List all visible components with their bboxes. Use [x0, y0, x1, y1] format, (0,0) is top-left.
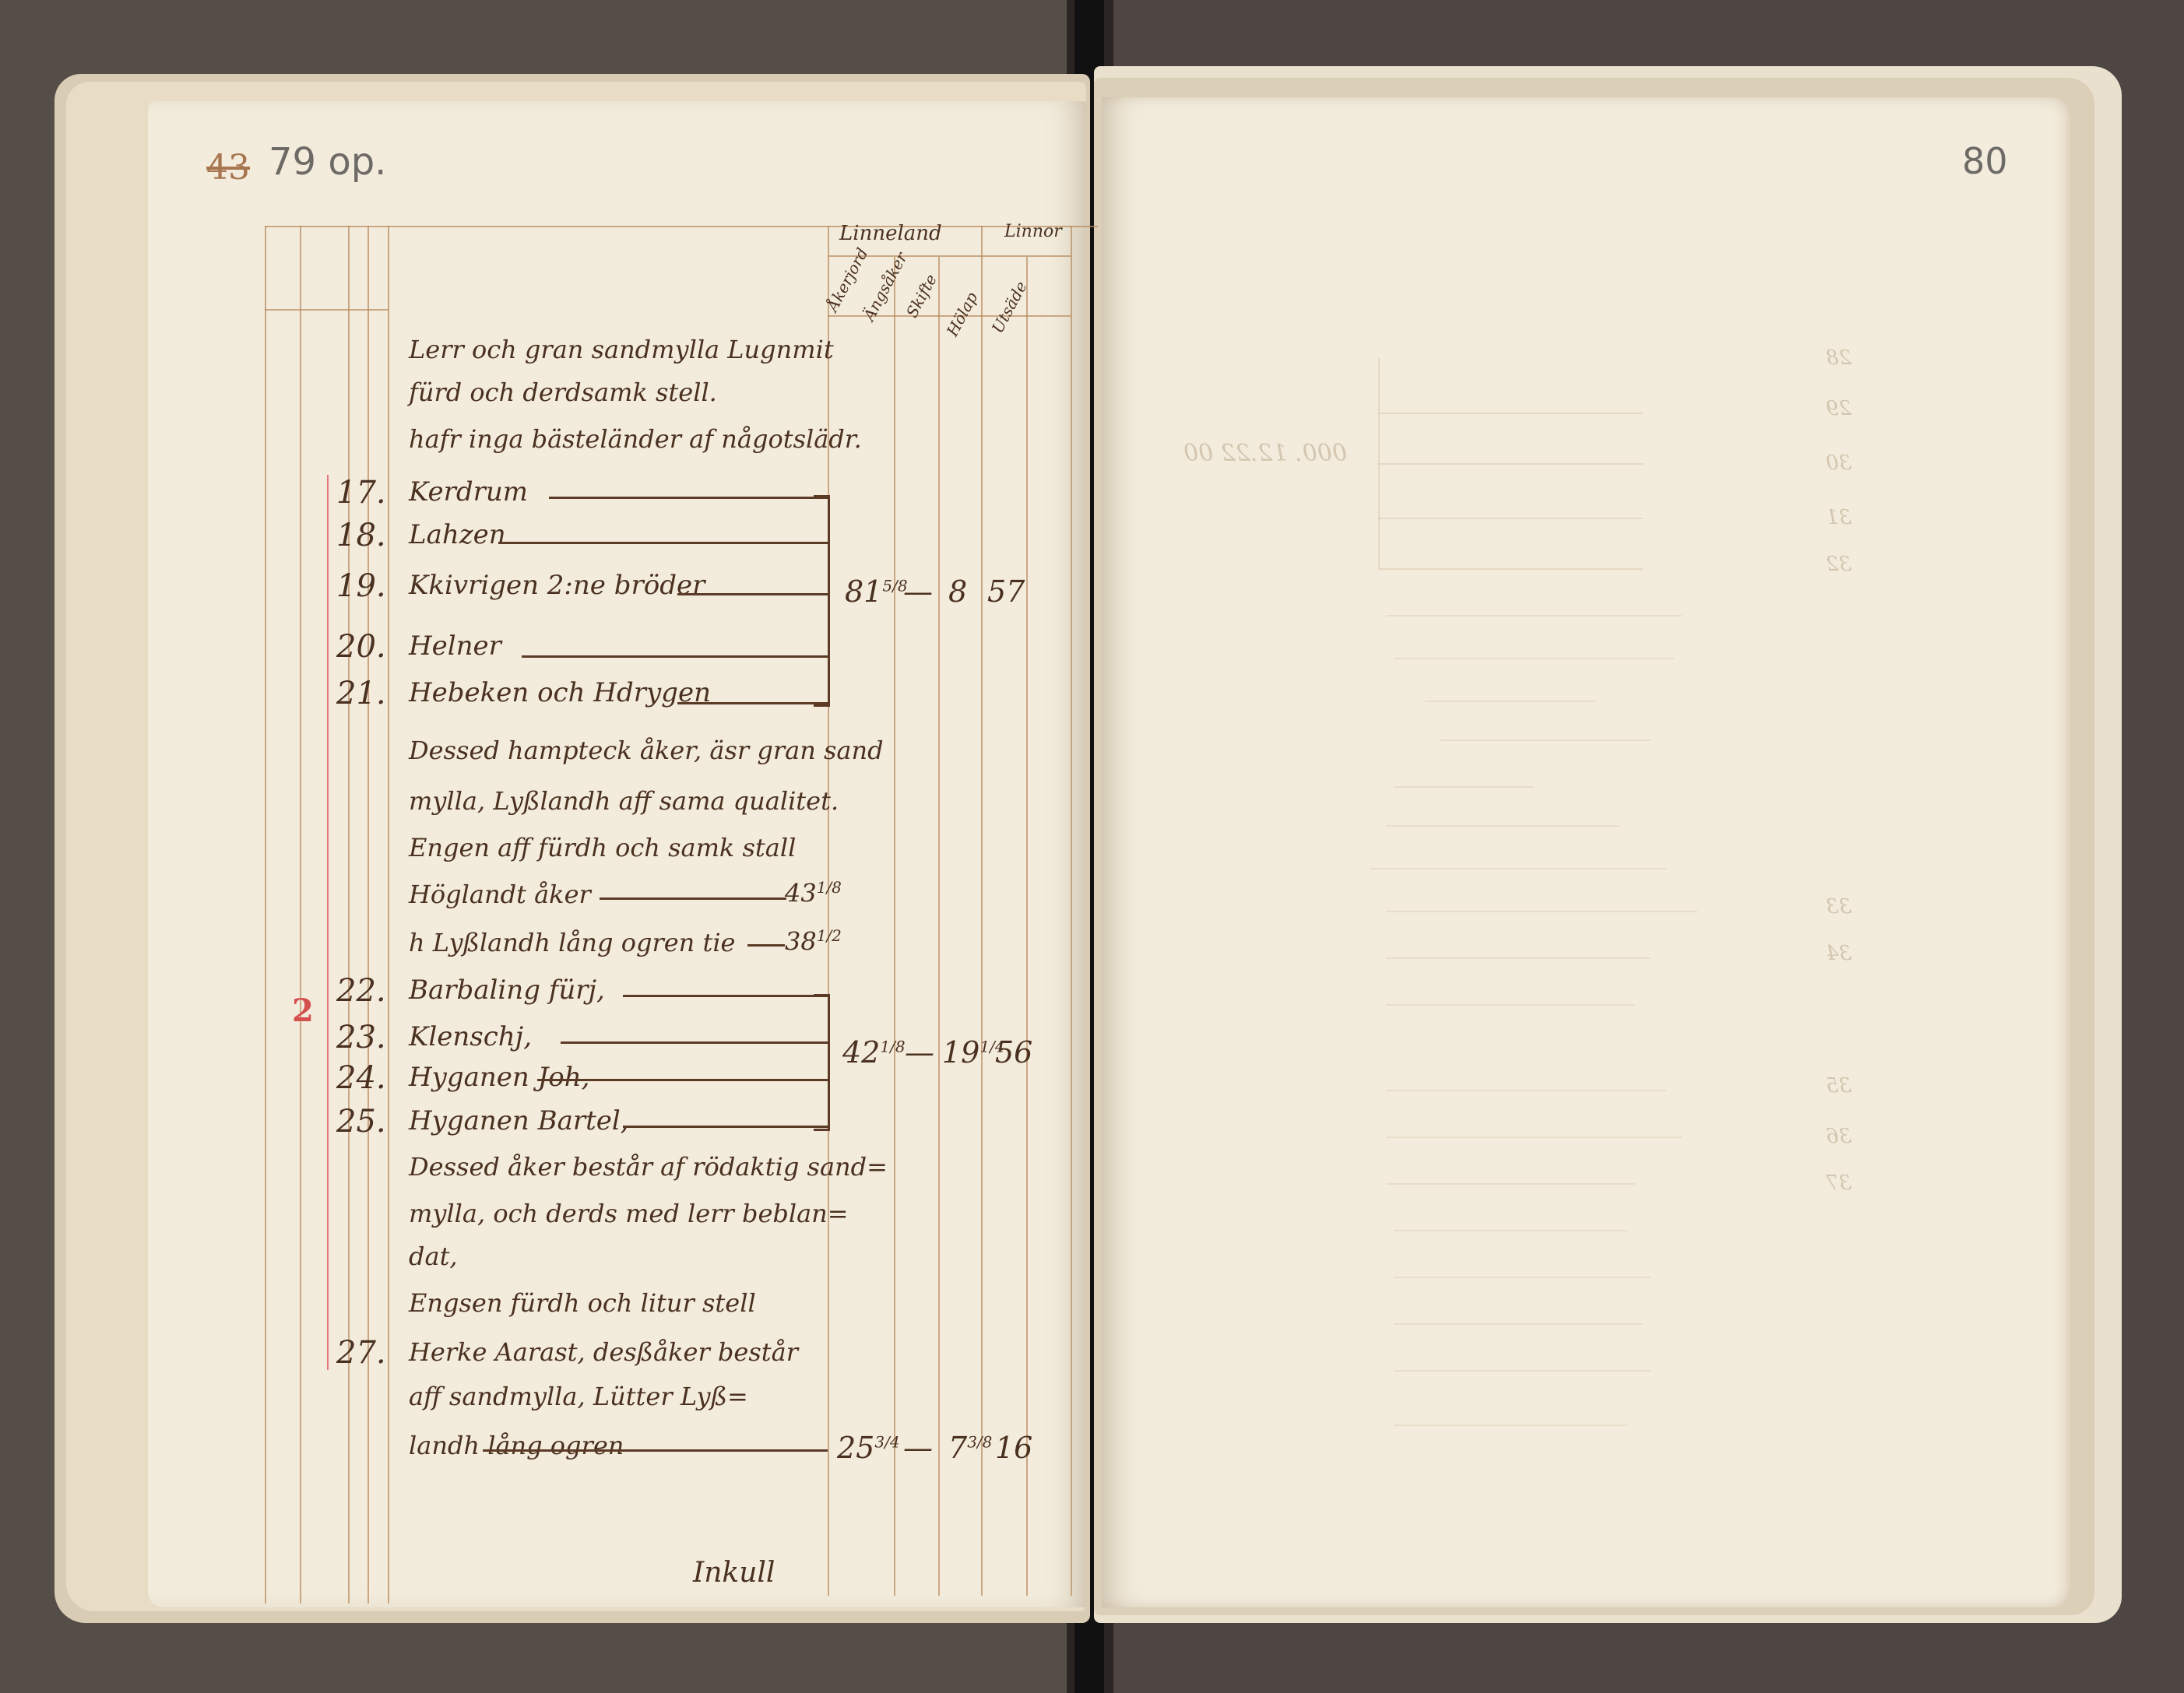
right-page	[1102, 97, 2071, 1607]
pencil-folio-number: 80	[1962, 140, 2008, 182]
leader-line	[677, 702, 828, 704]
bleed-through-script	[1370, 868, 1666, 869]
description-line: mylla, och derds med lerr beblan=	[409, 1199, 849, 1228]
description-line: Dessed åker består af rödaktig sand=	[409, 1152, 888, 1182]
bleed-through-script	[1394, 1323, 1643, 1325]
bleed-through-number: 35	[1826, 1074, 1852, 1098]
leader-line	[549, 497, 828, 499]
description-line: Engsen fürdh och litur stell	[409, 1288, 756, 1318]
ruling-line	[265, 226, 1098, 227]
subtotal-label: Höglandt åker	[409, 880, 591, 909]
subtotal-value: 431/8	[785, 878, 842, 908]
description-line: dat,	[409, 1242, 458, 1271]
bleed-through-number: 29	[1826, 397, 1852, 420]
bleed-through-script	[1386, 1136, 1682, 1138]
ruling-line	[368, 226, 369, 1603]
column-ruling	[894, 257, 895, 1596]
ruling-line	[388, 226, 389, 1603]
leader-line	[522, 655, 828, 658]
value-akerjord: 815/8	[845, 574, 908, 609]
bleed-through-script	[1386, 1183, 1635, 1185]
bleed-through-script	[1394, 1370, 1651, 1372]
value-skifte: 8	[948, 574, 967, 609]
bleed-through-number: 36	[1826, 1125, 1852, 1148]
bleed-through-script	[1386, 1004, 1635, 1006]
value-utsade: 57	[987, 574, 1025, 609]
entry-name: Helner	[409, 630, 501, 662]
entry-name: Hyganen Bartel,	[409, 1105, 629, 1136]
bleed-through-number: 33	[1826, 895, 1852, 919]
leader-line	[483, 1449, 828, 1452]
subtotal-label: h Lyßlandh lång ogren tie	[409, 928, 735, 957]
bleed-through-script	[1386, 825, 1620, 827]
bleed-through-number: 34	[1826, 942, 1852, 965]
bleed-through-script	[1394, 1230, 1627, 1231]
value-utsade: 16	[995, 1431, 1032, 1465]
bleed-through-text: 000. 12.22 00	[1183, 440, 1347, 467]
red-margin-line	[327, 475, 329, 1370]
bleed-through-script	[1394, 1277, 1651, 1278]
column-group-header: Linneland	[839, 222, 942, 245]
bleed-through-script	[1425, 701, 1596, 702]
entry-name: Lahzen	[409, 519, 506, 550]
ruling-line	[265, 226, 266, 1603]
entry-name: Hebeken och Hdrygen	[409, 677, 711, 708]
leader-line	[623, 995, 828, 997]
bleed-through-rule	[1378, 518, 1643, 519]
leader-line	[561, 1041, 828, 1044]
column-group-header: Linnor	[1004, 222, 1062, 241]
description-line: Herke Aarast, desßåker består	[409, 1337, 798, 1367]
entry-number: 19.	[336, 568, 375, 604]
entry-name: Kkivrigen 2:ne bröder	[409, 570, 705, 601]
bleed-through-script	[1386, 957, 1651, 959]
column-ruling	[1071, 226, 1072, 1596]
bleed-through-script	[1394, 786, 1534, 788]
description-line: Dessed hampteck åker, äsr gran sand	[409, 736, 884, 765]
bleed-through-rule	[1378, 463, 1643, 465]
bleed-through-number: 28	[1826, 346, 1852, 370]
entry-number: 20.	[336, 629, 375, 665]
value-dash: —	[903, 1431, 933, 1465]
description-line: landh lång ogren	[409, 1431, 624, 1460]
description-line: mylla, Lyßlandh aff sama qualitet.	[409, 786, 839, 816]
leader-line	[600, 897, 786, 900]
bleed-through-rule	[1378, 568, 1643, 570]
bleed-through-number: 31	[1826, 506, 1852, 529]
entry-number: 24.	[336, 1060, 375, 1096]
bleed-through-script	[1386, 911, 1697, 912]
entry-name: Klenschj,	[409, 1021, 532, 1052]
description-line: aff sandmylla, Lütter Lyß=	[409, 1382, 748, 1411]
column-ruling	[1026, 257, 1028, 1596]
value-akerjord: 421/8	[842, 1035, 906, 1070]
entry-name: Barbaling fürj,	[409, 975, 605, 1006]
group-bracket	[814, 495, 830, 707]
bleed-through-script	[1394, 1424, 1627, 1426]
subtotal-value: 381/2	[785, 926, 842, 957]
group-bracket	[814, 994, 830, 1131]
column-ruling	[981, 226, 983, 1596]
bleed-through-rule	[1378, 413, 1643, 414]
entry-name: Kerdrum	[409, 476, 528, 508]
entry-number: 25.	[336, 1104, 375, 1140]
bleed-through-script	[1440, 739, 1651, 741]
entry-number: 18.	[336, 518, 375, 553]
red-margin-mark: 2	[292, 992, 314, 1029]
ruling-line	[348, 226, 350, 1603]
bleed-through-number: 32	[1826, 553, 1852, 576]
value-utsade: 56	[995, 1035, 1032, 1070]
description-line: hafr inga bästeländer af någotslädr.	[409, 424, 862, 454]
bleed-through-script	[1386, 1090, 1666, 1091]
bleed-through-script	[1394, 658, 1674, 659]
entry-number: 23.	[336, 1020, 375, 1055]
value-dash: —	[903, 574, 933, 609]
description-line: Engen aff fürdh och samk stall	[409, 833, 796, 862]
value-skifte: 73/8	[948, 1431, 992, 1465]
description-line: Lerr och gran sandmylla Lugnmit	[409, 335, 834, 364]
leader-line	[677, 593, 828, 595]
column-ruling	[938, 257, 940, 1596]
entry-name: Hyganen Joh,	[409, 1062, 589, 1093]
ruling-line	[300, 226, 301, 1603]
entry-number: 21.	[336, 676, 375, 711]
ruling-line	[265, 309, 389, 311]
struck-folio-number: 43	[206, 148, 250, 188]
leader-line	[537, 1079, 828, 1081]
bleed-through-script	[1386, 615, 1682, 616]
value-akerjord: 253/4	[837, 1431, 900, 1465]
description-line: fürd och derdsamk stell.	[409, 378, 717, 407]
entry-number: 27.	[336, 1335, 375, 1371]
signature: Inkull	[693, 1557, 775, 1589]
value-dash: —	[905, 1035, 934, 1070]
entry-number: 17.	[336, 475, 375, 511]
leader-line	[498, 542, 828, 544]
leader-line	[747, 944, 785, 947]
entry-number: 22.	[336, 973, 375, 1009]
bleed-through-number: 30	[1826, 451, 1852, 475]
leader-line	[623, 1126, 828, 1128]
pencil-folio-number: 79 op.	[269, 140, 386, 184]
bleed-through-number: 37	[1826, 1171, 1852, 1195]
